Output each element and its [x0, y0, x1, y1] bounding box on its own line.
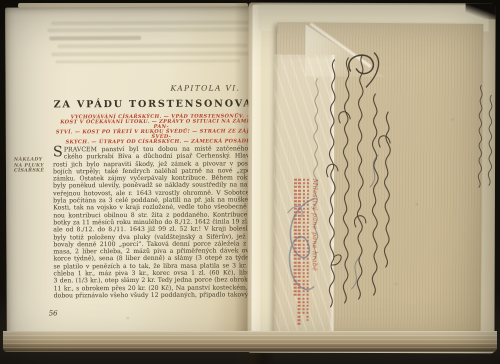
bleedthrough-line — [47, 27, 255, 32]
right-page: Milostivý pane pane hrabě — [247, 3, 495, 354]
handwriting-edge-strip — [472, 83, 496, 191]
bleedthrough-line — [57, 43, 247, 47]
foxing-spot — [416, 203, 418, 205]
bleedthrough-line — [51, 51, 251, 56]
foxing-spot — [127, 317, 129, 319]
foxing-spot — [452, 119, 454, 121]
page-title: ZA VPÁDU TORSTENSONOVA. — [54, 98, 258, 110]
bleedthrough-line — [49, 36, 141, 40]
chapter-label: KAPITOLA VI. — [171, 83, 241, 92]
book-photo: KAPITOLA VI. ZA VPÁDU TORSTENSONOVA. VYC… — [0, 0, 500, 364]
foxing-spot — [395, 283, 397, 285]
page-stack-bottom-edge — [3, 331, 497, 352]
page-number: 56 — [49, 309, 58, 317]
margin-note: NÁKLADY NA PLUKY CÍSAŘSKÉ — [14, 157, 52, 174]
bleedthrough-line — [51, 20, 251, 25]
margin-note-line: CÍSAŘSKÉ — [14, 168, 52, 174]
handwriting-facsimile — [322, 27, 395, 313]
page-edge-highlight — [251, 5, 261, 349]
foxing-spot — [176, 257, 178, 259]
left-page: KAPITOLA VI. ZA VPÁDU TORSTENSONOVA. VYC… — [5, 6, 263, 345]
bleedthrough-line — [55, 59, 240, 63]
photo-dark-corner — [466, 3, 496, 19]
